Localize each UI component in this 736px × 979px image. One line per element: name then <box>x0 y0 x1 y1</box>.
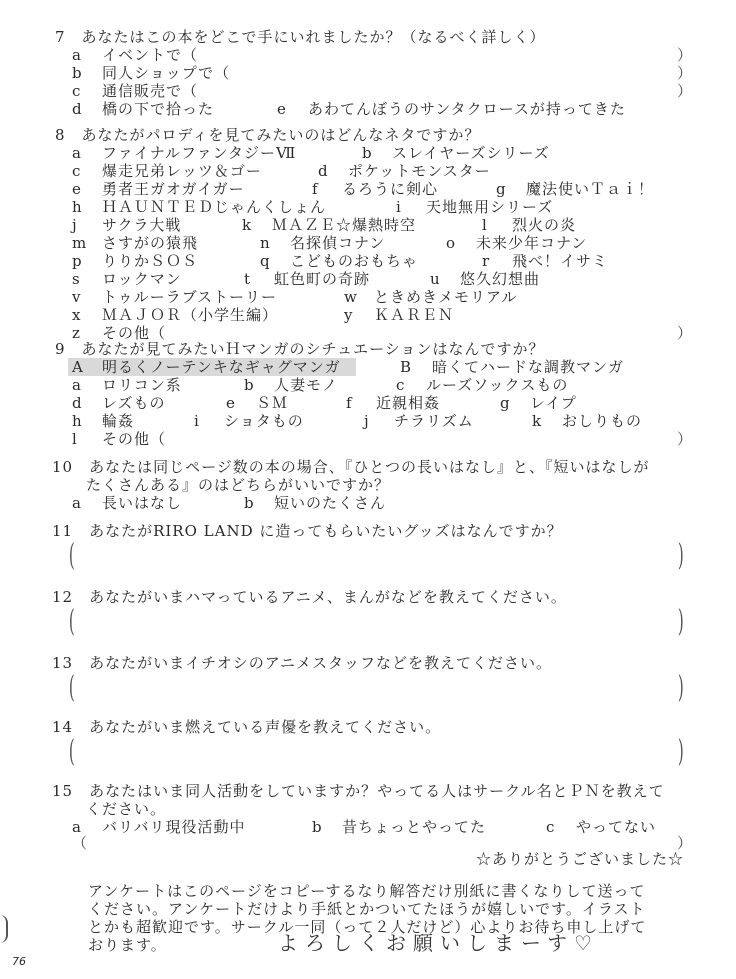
q8-opt-a-key: a <box>72 144 82 162</box>
q9-opt-f-label[interactable]: 近親相姦 <box>376 394 440 412</box>
q11-question: 11 あなたがRIRO LAND に造ってもらいたいグッズはなんですか？ <box>52 522 563 540</box>
q8-opt-r-label[interactable]: 飛べ！イサミ <box>512 252 608 270</box>
q8-opt-j-key: j <box>72 216 78 234</box>
q8-opt-n-label[interactable]: 名探偵コナン <box>290 234 385 252</box>
q8-opt-w-label[interactable]: ときめきメモリアル <box>374 288 517 306</box>
q8-opt-b-label[interactable]: スレイヤーズシリーズ <box>392 144 550 162</box>
q8-opt-m-key: m <box>72 234 87 252</box>
q8-opt-x-label[interactable]: ＭＡＪＯＲ（小学生編） <box>102 306 278 324</box>
q8-opt-i-label[interactable]: 天地無用シリーズ <box>426 198 553 216</box>
q8-opt-d-key: d <box>318 162 329 180</box>
q8-opt-s-key: s <box>72 270 81 288</box>
q8-opt-o-key: o <box>446 234 456 252</box>
page-edge-mark <box>0 915 8 943</box>
q9-opt-g-key: g <box>500 394 511 412</box>
page-number: 76 <box>12 955 26 968</box>
q7-opt-b-key: b <box>72 64 83 82</box>
q13-answer-open[interactable]: ( <box>69 672 75 704</box>
q9-opt-d-key: d <box>72 394 83 412</box>
q8-question: 8 あなたがパロディを見てみたいのはどんなネタですか？ <box>55 126 480 144</box>
q8-opt-l-label[interactable]: 烈火の炎 <box>512 216 576 234</box>
q9-opt-i-label[interactable]: ショタもの <box>224 412 304 430</box>
q8-opt-y-label[interactable]: ＫＡＲＥＮ <box>374 306 454 324</box>
q8-opt-h-key: h <box>72 198 83 216</box>
q9-opt-k-key: k <box>532 412 542 430</box>
q9-opt-a-key: a <box>72 376 82 394</box>
q9-opt-e-label[interactable]: ＳＭ <box>256 394 288 412</box>
q9-opt-g-label[interactable]: レイプ <box>530 394 577 412</box>
q10-question-line2: たくさんある』のはどちらがいいですか？ <box>86 476 390 494</box>
q9-opt-h-label[interactable]: 輪姦 <box>102 412 134 430</box>
q10-question-line1: 10 あなたは同じページ数の本の場合、『ひとつの長いはなし』と、『短いはなしが <box>52 458 650 476</box>
q8-opt-x-key: x <box>72 306 81 324</box>
q9-opt-l-label[interactable]: その他（ <box>102 430 166 448</box>
q8-opt-y-key: y <box>344 306 353 324</box>
q9-opt-h-key: h <box>72 412 83 430</box>
q8-opt-f-label[interactable]: るろうに剣心 <box>342 180 438 198</box>
q10-opt-b-label[interactable]: 短いのたくさん <box>274 494 386 512</box>
q8-opt-u-key: u <box>430 270 441 288</box>
q9-opt-B-label[interactable]: 暗くてハードな調教マンガ <box>432 358 624 376</box>
q8-opt-m-label[interactable]: さすがの猿飛 <box>102 234 198 252</box>
q11-answer-close[interactable]: ) <box>678 540 684 572</box>
q11-answer-open[interactable]: ( <box>69 540 75 572</box>
q14-answer-open[interactable]: ( <box>69 736 75 768</box>
q10-opt-a-label[interactable]: 長いはなし <box>102 494 182 512</box>
q8-opt-v-key: v <box>72 288 81 306</box>
q8-opt-j-label[interactable]: サクラ大戦 <box>102 216 181 234</box>
footer-line-2: ください。アンケートだけより手紙とかついてたほうが嬉しいです。イラスト <box>88 900 645 918</box>
q9-opt-A-key: A <box>72 358 84 376</box>
q8-opt-l-key: l <box>482 216 488 234</box>
q8-opt-e-label[interactable]: 勇者王ガオガイガー <box>102 180 245 198</box>
q7-opt-c-key: c <box>72 82 81 100</box>
q8-opt-t-label[interactable]: 虹色町の奇跡 <box>274 270 370 288</box>
q7-opt-a-close-paren: ） <box>677 46 692 64</box>
q8-opt-h-label[interactable]: ＨＡＵＮＴＥＤじゃんくしょん <box>102 198 326 216</box>
q9-opt-B-key: B <box>400 358 412 376</box>
q7-opt-e-label[interactable]: あわてんぼうのサンタクロースが持ってきた <box>308 100 626 118</box>
thanks-message: ☆ありがとうございました☆ <box>476 850 684 868</box>
q15-opt-c-key: c <box>546 818 555 836</box>
q8-opt-u-label[interactable]: 悠久幻想曲 <box>460 270 540 288</box>
q8-opt-d-label[interactable]: ポケットモンスター <box>348 162 491 180</box>
q8-opt-c-key: c <box>72 162 81 180</box>
q8-opt-p-key: p <box>72 252 83 270</box>
q9-opt-a-label[interactable]: ロリコン系 <box>102 376 182 394</box>
q8-opt-n-key: n <box>260 234 271 252</box>
q9-opt-e-key: e <box>226 394 236 412</box>
q12-answer-open[interactable]: ( <box>69 606 75 638</box>
q15-opt-b-label[interactable]: 昔ちょっとやってた <box>342 818 486 836</box>
q12-answer-close[interactable]: ) <box>678 606 684 638</box>
q7-opt-a-label[interactable]: イベントで（ <box>102 46 198 64</box>
q8-opt-k-key: k <box>242 216 252 234</box>
q7-question: 7 あなたはこの本をどこで手にいれましたか？（なるべく詳しく） <box>55 28 546 46</box>
q13-answer-close[interactable]: ) <box>678 672 684 704</box>
q8-opt-e-key: e <box>72 180 82 198</box>
q9-opt-i-key: i <box>194 412 200 430</box>
q9-opt-c-key: c <box>396 376 405 394</box>
q8-opt-w-key: w <box>344 288 358 306</box>
q8-opt-p-label[interactable]: りりかＳＯＳ <box>102 252 198 270</box>
q8-opt-a-label[interactable]: ファイナルファンタジーⅦ <box>102 144 296 162</box>
q14-question: 14 あなたがいま燃えている声優を教えてください。 <box>52 718 441 736</box>
q15-question-line2: ください。 <box>86 800 166 818</box>
q7-opt-b-label[interactable]: 同人ショップで（ <box>102 64 230 82</box>
q8-opt-q-label[interactable]: こどものおもちゃ <box>290 252 418 270</box>
q13-question: 13 あなたがいまイチオシのアニメスタッフなどを教えてください。 <box>52 654 552 672</box>
q8-opt-i-key: i <box>396 198 402 216</box>
q9-opt-l-key: l <box>72 430 78 448</box>
q8-opt-v-label[interactable]: トゥルーラブストーリー <box>102 288 277 306</box>
q8-opt-g-label[interactable]: 魔法使いＴａｉ！ <box>526 180 654 198</box>
q9-opt-c-label[interactable]: ルーズソックスもの <box>426 376 568 394</box>
footer-line-4: おります。 <box>88 936 167 954</box>
q8-opt-k-label[interactable]: ＭＡＺＥ☆爆熱時空 <box>272 216 416 234</box>
q8-opt-q-key: q <box>260 252 271 270</box>
q15-opt-b-key: b <box>312 818 323 836</box>
q14-answer-close[interactable]: ) <box>678 736 684 768</box>
q8-opt-t-key: t <box>244 270 251 288</box>
q7-opt-c-label[interactable]: 通信販売で（ <box>102 82 198 100</box>
q9-opt-j-label[interactable]: チラリズム <box>394 412 474 430</box>
q9-opt-k-label[interactable]: おしりもの <box>562 412 642 430</box>
q8-opt-s-label[interactable]: ロックマン <box>102 270 182 288</box>
q8-opt-b-key: b <box>362 144 373 162</box>
q8-opt-r-key: r <box>482 252 490 270</box>
q8-opt-f-key: f <box>312 180 319 198</box>
q15-opt-a-label[interactable]: バリバリ現役活動中 <box>102 818 246 836</box>
q9-opt-b-label[interactable]: 人妻モノ <box>274 376 338 394</box>
q7-opt-a-key: a <box>72 46 82 64</box>
q9-opt-l-close-paren: ） <box>677 430 692 448</box>
q10-opt-a-key: a <box>72 494 82 512</box>
q15-opt-c-label[interactable]: やってない <box>576 818 656 836</box>
q15-answer-open[interactable]: （ <box>72 834 87 852</box>
q7-opt-d-key: d <box>72 100 83 118</box>
q9-opt-f-key: f <box>346 394 353 412</box>
footer-line-1: アンケートはこのページをコピーするなり解答だけ別紙に書くなりして送って <box>88 882 645 900</box>
q9-opt-A-label[interactable]: 明るくノーテンキなギャグマンガ <box>102 358 341 376</box>
q8-opt-g-key: g <box>496 180 507 198</box>
closing-message: よろしくお願いしまーす♡ <box>278 932 599 954</box>
q9-opt-d-label[interactable]: レズもの <box>102 394 166 412</box>
q7-opt-b-close-paren: ） <box>677 64 692 82</box>
q9-opt-b-key: b <box>244 376 255 394</box>
q7-opt-d-label[interactable]: 橋の下で拾った <box>102 100 214 118</box>
q15-question-line1: 15 あなたはいま同人活動をしていますか？やってる人はサークル名とＰＮを教えて <box>52 782 665 800</box>
q7-opt-e-key: e <box>277 100 287 118</box>
q8-opt-c-label[interactable]: 爆走兄弟レッツ＆ゴー <box>102 162 262 180</box>
q8-opt-z-close-paren: ） <box>677 324 692 342</box>
q8-opt-o-label[interactable]: 未来少年コナン <box>476 234 587 252</box>
q9-opt-j-key: j <box>364 412 370 430</box>
q12-question: 12 あなたがいまハマっているアニメ、まんがなどを教えてください。 <box>52 588 567 606</box>
q7-opt-c-close-paren: ） <box>677 82 692 100</box>
q10-opt-b-key: b <box>244 494 255 512</box>
q9-question: 9 あなたが見てみたいＨマンガのシチュエーションはなんですか？ <box>55 340 545 358</box>
